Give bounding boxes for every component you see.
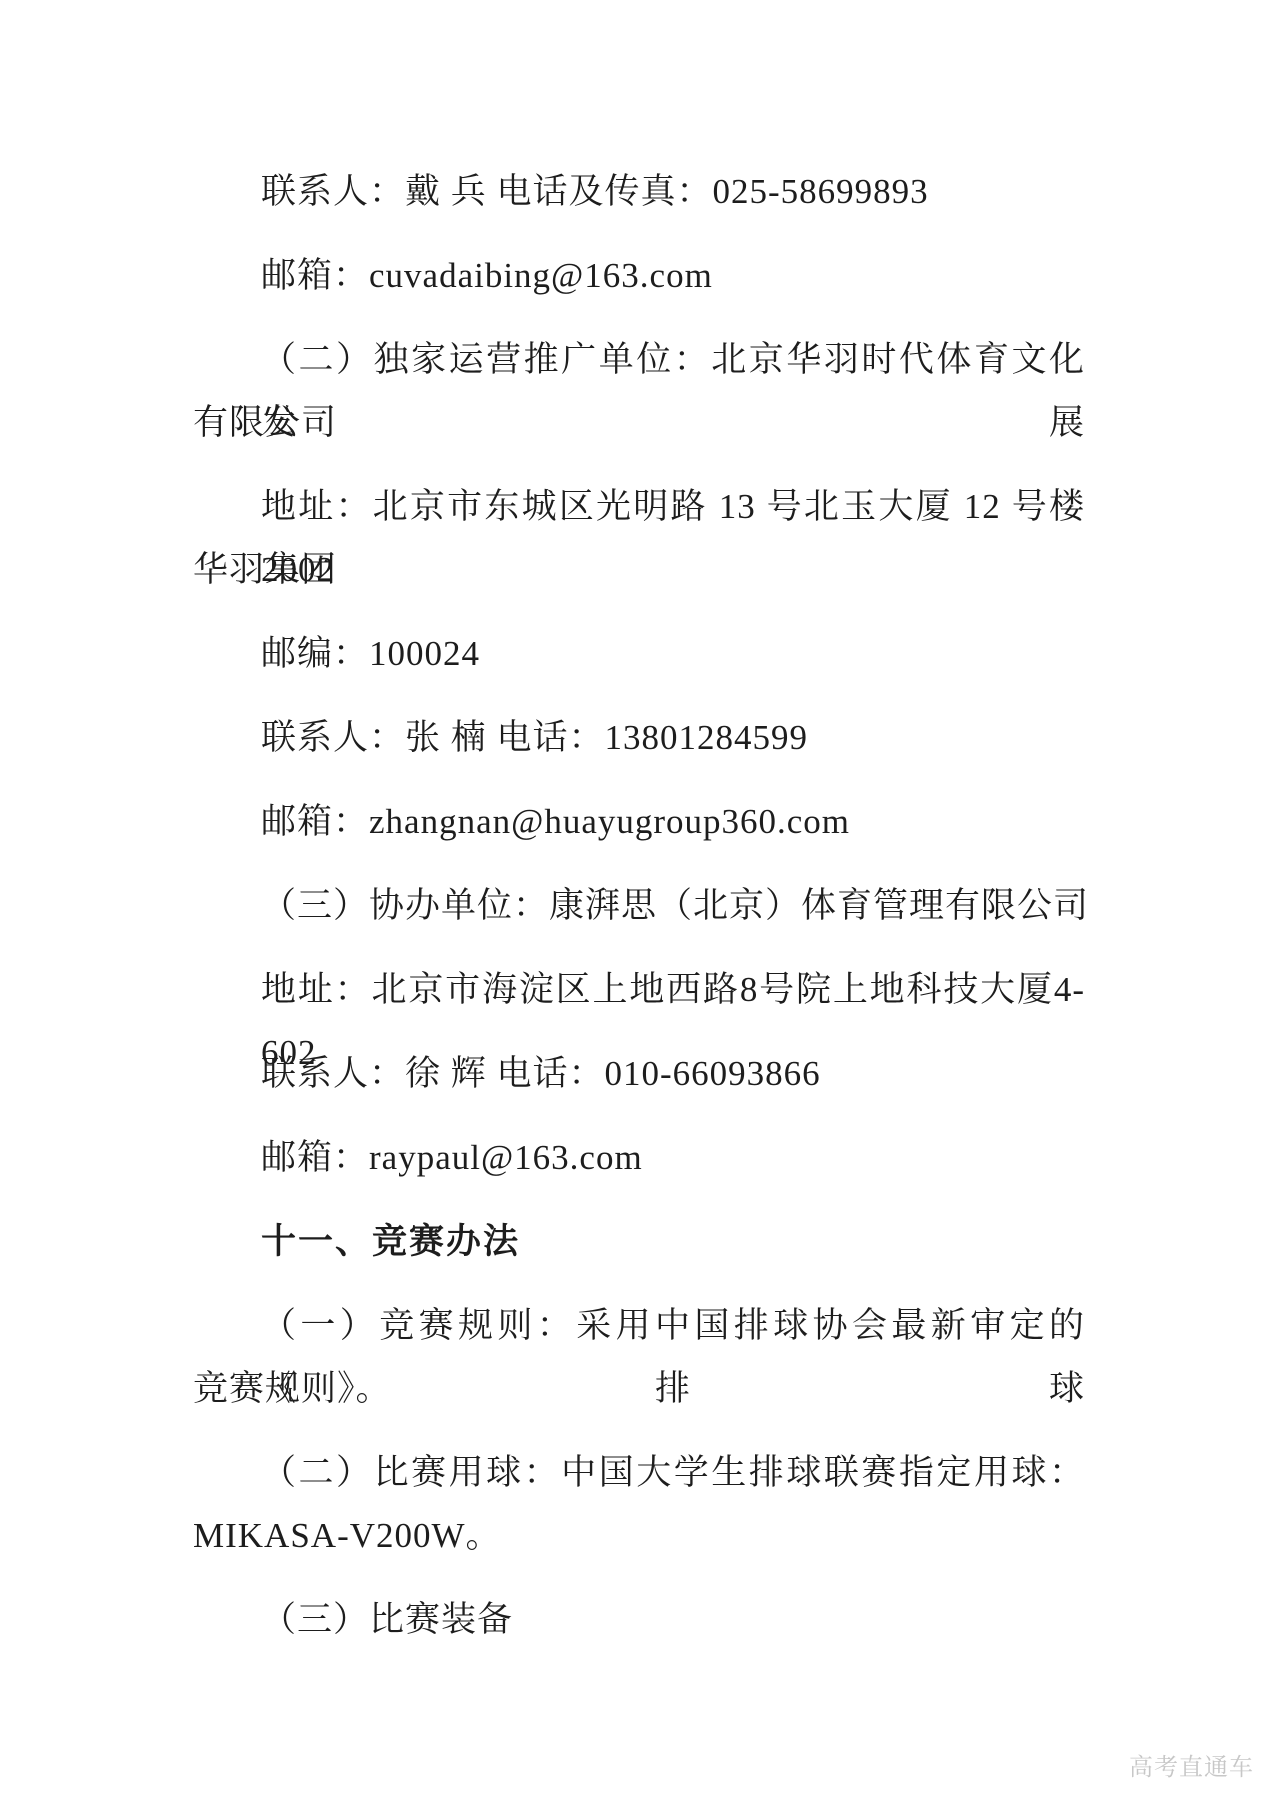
contact-xu-hui-line: 联系人：徐 辉 电话：010-66093866 bbox=[193, 1042, 1085, 1105]
rule2-line: （二）比赛用球：中国大学生排球联赛指定用球： bbox=[193, 1441, 1085, 1504]
email-raypaul-line: 邮箱：raypaul@163.com bbox=[193, 1126, 1085, 1189]
email-zhangnan-line: 邮箱：zhangnan@huayugroup360.com bbox=[193, 790, 1085, 853]
org2-address-line: 地址：北京市东城区光明路 13 号北玉大厦 12 号楼 2002 bbox=[193, 475, 1085, 538]
watermark: 高考直通车 bbox=[1129, 1747, 1254, 1782]
rule3-line: （三）比赛装备 bbox=[193, 1588, 1085, 1651]
org3-title-line: （三）协办单位：康湃思（北京）体育管理有限公司 bbox=[193, 874, 1085, 937]
org2-address-cont-line: 华羽集团 bbox=[193, 538, 1085, 601]
document-body: 联系人：戴 兵 电话及传真：025-58699893邮箱：cuvadaibing… bbox=[193, 160, 1085, 1651]
email-cuvadaibing-line: 邮箱：cuvadaibing@163.com bbox=[193, 244, 1085, 307]
org2-title-line: （二）独家运营推广单位：北京华羽时代体育文化发展 bbox=[193, 328, 1085, 391]
document-page: 联系人：戴 兵 电话及传真：025-58699893邮箱：cuvadaibing… bbox=[0, 0, 1280, 1810]
contact-zhang-nan-line: 联系人：张 楠 电话：13801284599 bbox=[193, 706, 1085, 769]
rule1-line: （一）竞赛规则：采用中国排球协会最新审定的《排球 bbox=[193, 1294, 1085, 1357]
org2-postcode-line: 邮编：100024 bbox=[193, 622, 1085, 685]
section-11-heading: 十一、竞赛办法 bbox=[193, 1210, 1085, 1273]
rule2-cont-line: MIKASA-V200W。 bbox=[193, 1504, 1085, 1567]
org3-address-line: 地址：北京市海淀区上地西路8号院上地科技大厦4-602 bbox=[193, 958, 1085, 1021]
contact-dai-bing-line: 联系人：戴 兵 电话及传真：025-58699893 bbox=[193, 160, 1085, 223]
